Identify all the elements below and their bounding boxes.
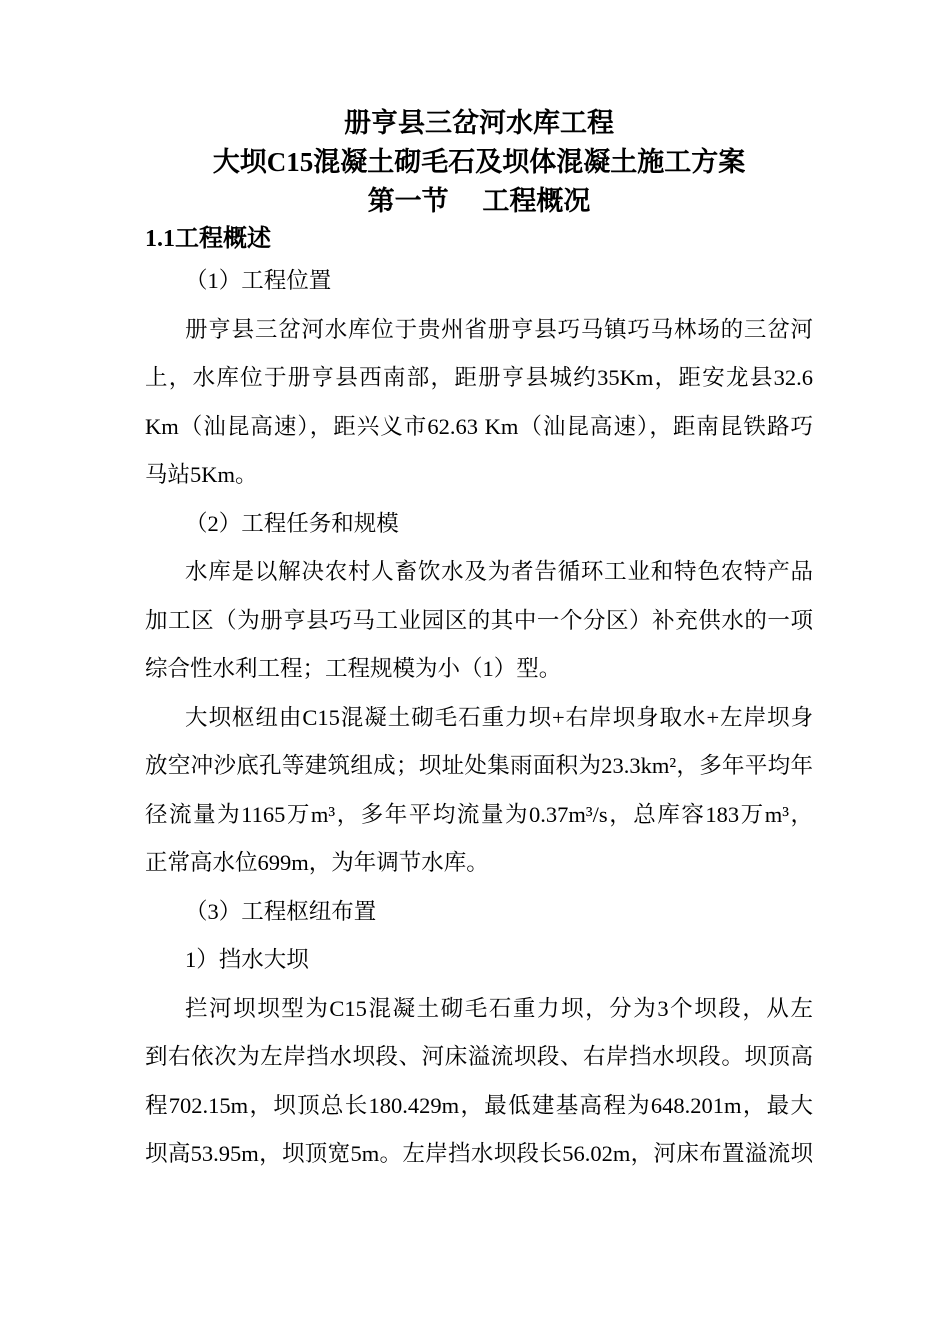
- text-line: 径流量为1165万m³，多年平均流量为0.37m³/s，总库容183万m³，: [145, 791, 813, 840]
- section-heading: 1.1工程概述: [145, 221, 813, 257]
- text-line: 册亨县三岔河水库位于贵州省册亨县巧马镇巧马林场的三岔河: [145, 306, 813, 355]
- text-line: Km（汕昆高速），距兴义市62.63 Km（汕昆高速），距南昆铁路巧: [145, 403, 813, 452]
- subsection-label-task-scale: （2）工程任务和规模: [145, 500, 813, 549]
- text-line: 加工区（为册亨县巧马工业园区的其中一个分区）补充供水的一项: [145, 597, 813, 646]
- text-line: 水库是以解决农村人畜饮水及为者告循环工业和特色农特产品: [145, 548, 813, 597]
- text-line: 正常高水位699m，为年调节水库。: [145, 839, 813, 888]
- text-line: 综合性水利工程；工程规模为小（1）型。: [145, 645, 813, 694]
- text-line: 上，水库位于册亨县西南部，距册亨县城约35Km，距安龙县32.6: [145, 354, 813, 403]
- text-line: 大坝枢纽由C15混凝土砌毛石重力坝+右岸坝身取水+左岸坝身: [145, 694, 813, 743]
- text-line: 拦河坝坝型为C15混凝土砌毛石重力坝，分为3个坝段，从左: [145, 985, 813, 1034]
- subsection-label-hub-layout: （3）工程枢纽布置: [145, 888, 813, 937]
- paragraph-water-retaining-dam: 拦河坝坝型为C15混凝土砌毛石重力坝，分为3个坝段，从左 到右依次为左岸挡水坝段…: [145, 985, 813, 1179]
- text-line: 到右依次为左岸挡水坝段、河床溢流坝段、右岸挡水坝段。坝顶高: [145, 1033, 813, 1082]
- text-line: 放空冲沙底孔等建筑组成；坝址处集雨面积为23.3km²，多年平均年: [145, 742, 813, 791]
- subsection-label-project-location: （1）工程位置: [145, 257, 813, 306]
- doc-title-line-1: 册亨县三岔河水库工程: [145, 104, 813, 143]
- text-line: 程702.15m，坝顶总长180.429m，最低建基高程为648.201m，最大: [145, 1082, 813, 1131]
- subsection-label-water-retaining-dam: 1）挡水大坝: [145, 936, 813, 985]
- document-header: 册亨县三岔河水库工程 大坝C15混凝土砌毛石及坝体混凝土施工方案 第一节 工程概…: [145, 104, 813, 221]
- paragraph-dam-hub: 大坝枢纽由C15混凝土砌毛石重力坝+右岸坝身取水+左岸坝身 放空冲沙底孔等建筑组…: [145, 694, 813, 888]
- paragraph-task-scale: 水库是以解决农村人畜饮水及为者告循环工业和特色农特产品 加工区（为册亨县巧马工业…: [145, 548, 813, 694]
- doc-title-line-2: 大坝C15混凝土砌毛石及坝体混凝土施工方案: [145, 143, 813, 182]
- text-line: 马站5Km。: [145, 451, 813, 500]
- chapter-heading: 第一节 工程概况: [145, 182, 813, 221]
- document-page: 册亨县三岔河水库工程 大坝C15混凝土砌毛石及坝体混凝土施工方案 第一节 工程概…: [0, 0, 950, 1344]
- text-line: 坝高53.95m，坝顶宽5m。左岸挡水坝段长56.02m，河床布置溢流坝: [145, 1130, 813, 1179]
- paragraph-project-location: 册亨县三岔河水库位于贵州省册亨县巧马镇巧马林场的三岔河 上，水库位于册亨县西南部…: [145, 306, 813, 500]
